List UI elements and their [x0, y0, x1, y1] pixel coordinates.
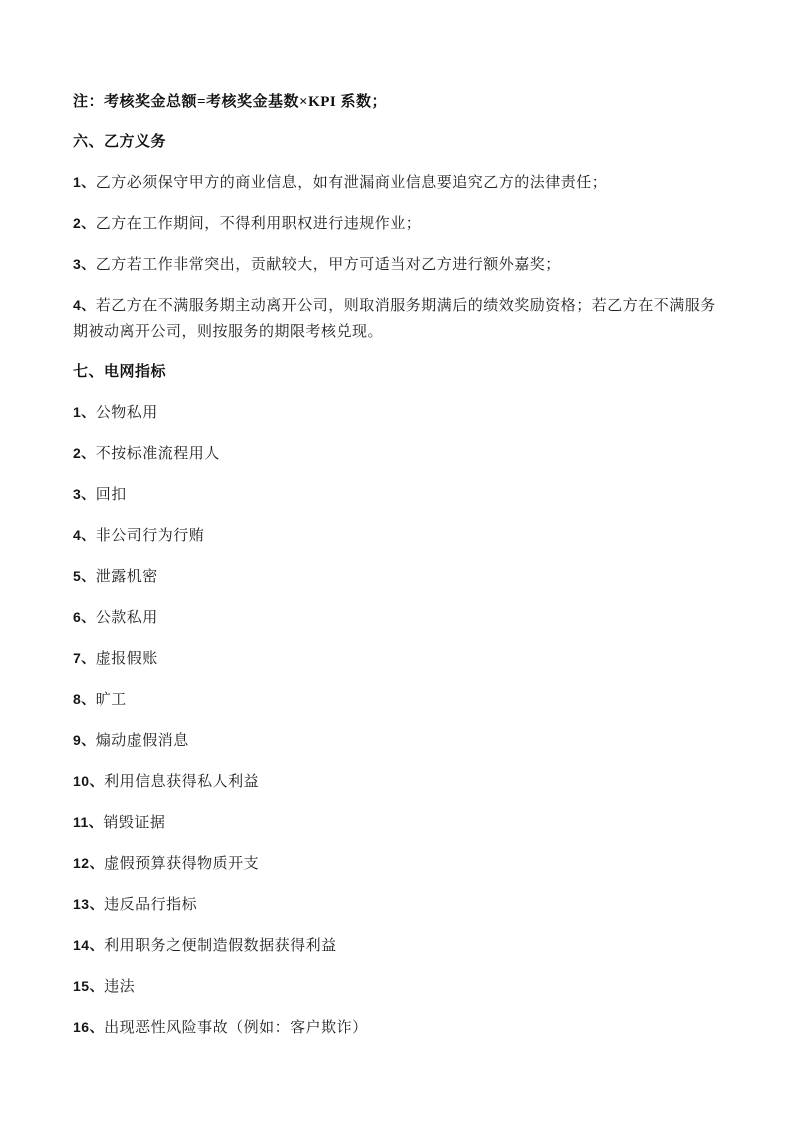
- section-six-item-1: 1、乙方必须保守甲方的商业信息，如有泄漏商业信息要追究乙方的法律责任；: [73, 169, 723, 196]
- item-number: 15、: [73, 978, 104, 994]
- item-text: 不按标准流程用人: [96, 446, 220, 462]
- section-seven-item-14: 14、利用职务之便制造假数据获得利益: [73, 932, 723, 959]
- item-text: 旷工: [96, 692, 127, 708]
- item-text: 销毁证据: [103, 815, 165, 831]
- item-text: 非公司行为行贿: [96, 528, 205, 544]
- item-number: 14、: [73, 937, 104, 953]
- section-seven-item-3: 3、回扣: [73, 481, 723, 508]
- section-seven-item-8: 8、旷工: [73, 686, 723, 713]
- item-text: 违法: [104, 979, 135, 995]
- item-number: 5、: [73, 568, 96, 584]
- section-seven-item-15: 15、违法: [73, 973, 723, 1000]
- section-seven-item-6: 6、公款私用: [73, 604, 723, 631]
- item-text: 利用职务之便制造假数据获得利益: [104, 938, 337, 954]
- item-number: 3、: [73, 256, 96, 272]
- item-text: 乙方在工作期间，不得利用职权进行违规作业；: [96, 216, 422, 232]
- item-number: 11、: [73, 814, 103, 830]
- item-number: 2、: [73, 215, 96, 231]
- item-number: 4、: [73, 527, 96, 543]
- item-text: 若乙方在不满服务期主动离开公司，则取消服务期满后的绩效奖励资格；若乙方在不满服务…: [73, 298, 716, 340]
- item-number: 6、: [73, 609, 96, 625]
- section-six-item-4: 4、若乙方在不满服务期主动离开公司，则取消服务期满后的绩效奖励资格；若乙方在不满…: [73, 292, 723, 345]
- section-seven-item-16: 16、出现恶性风险事故（例如：客户欺诈）: [73, 1014, 723, 1041]
- item-text: 乙方必须保守甲方的商业信息，如有泄漏商业信息要追究乙方的法律责任；: [96, 175, 608, 191]
- item-text: 出现恶性风险事故（例如：客户欺诈）: [104, 1020, 368, 1036]
- item-text: 煽动虚假消息: [96, 733, 189, 749]
- item-text: 公款私用: [96, 610, 158, 626]
- section-seven-item-4: 4、非公司行为行贿: [73, 522, 723, 549]
- item-text: 泄露机密: [96, 569, 158, 585]
- item-text: 虚假预算获得物质开支: [104, 856, 259, 872]
- item-number: 1、: [73, 174, 96, 190]
- item-number: 7、: [73, 650, 96, 666]
- section-seven-heading: 七、电网指标: [73, 359, 723, 385]
- note-line: 注：考核奖金总额=考核奖金基数×KPI 系数；: [73, 89, 723, 115]
- item-text: 虚报假账: [96, 651, 158, 667]
- section-seven-item-12: 12、虚假预算获得物质开支: [73, 850, 723, 877]
- section-six-item-3: 3、乙方若工作非常突出，贡献较大，甲方可适当对乙方进行额外嘉奖；: [73, 251, 723, 278]
- section-seven-item-11: 11、销毁证据: [73, 809, 723, 836]
- item-number: 16、: [73, 1019, 104, 1035]
- section-seven-item-10: 10、利用信息获得私人利益: [73, 768, 723, 795]
- section-six-heading: 六、乙方义务: [73, 129, 723, 155]
- item-number: 9、: [73, 732, 96, 748]
- section-six-item-2: 2、乙方在工作期间，不得利用职权进行违规作业；: [73, 210, 723, 237]
- item-text: 利用信息获得私人利益: [104, 774, 259, 790]
- item-number: 2、: [73, 445, 96, 461]
- section-seven-item-5: 5、泄露机密: [73, 563, 723, 590]
- item-number: 3、: [73, 486, 96, 502]
- item-text: 公物私用: [96, 405, 158, 421]
- section-seven-item-7: 7、虚报假账: [73, 645, 723, 672]
- item-number: 10、: [73, 773, 104, 789]
- item-text: 乙方若工作非常突出，贡献较大，甲方可适当对乙方进行额外嘉奖；: [96, 257, 561, 273]
- item-number: 4、: [73, 297, 96, 313]
- item-text: 回扣: [96, 487, 127, 503]
- item-number: 12、: [73, 855, 104, 871]
- item-number: 8、: [73, 691, 96, 707]
- item-text: 违反品行指标: [104, 897, 197, 913]
- document-page: 注：考核奖金总额=考核奖金基数×KPI 系数； 六、乙方义务 1、乙方必须保守甲…: [0, 0, 793, 1122]
- item-number: 1、: [73, 404, 96, 420]
- section-seven-item-2: 2、不按标准流程用人: [73, 440, 723, 467]
- section-seven-item-1: 1、公物私用: [73, 399, 723, 426]
- item-number: 13、: [73, 896, 104, 912]
- section-seven-item-13: 13、违反品行指标: [73, 891, 723, 918]
- section-seven-item-9: 9、煽动虚假消息: [73, 727, 723, 754]
